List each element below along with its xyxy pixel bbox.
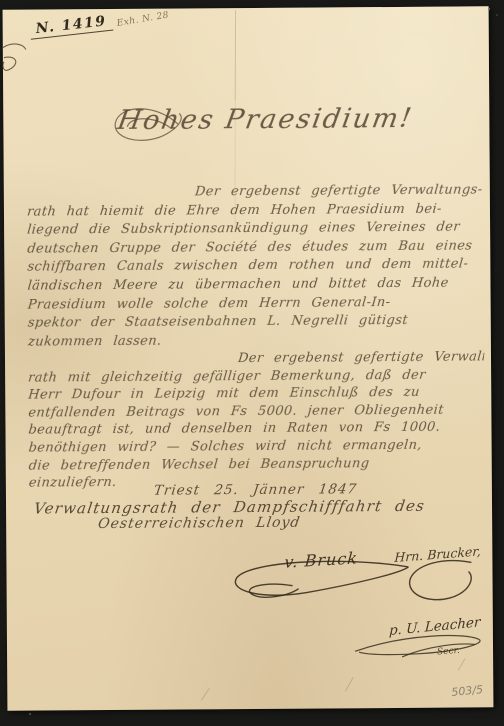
archival-number-pencil: 503/5 bbox=[451, 683, 484, 699]
body-paragraph-2: Der ergebenst gefertigte Verwaltungs-rat… bbox=[27, 348, 484, 492]
handwritten-line: Der ergebenst gefertigte Verwaltungs- bbox=[194, 181, 484, 202]
margin-flourish bbox=[3, 44, 26, 71]
signature-3-title: Secr. bbox=[437, 646, 460, 658]
signature-1: v. Bruck bbox=[284, 548, 359, 571]
sender-line-2: Oesterreichischen Lloyd bbox=[97, 515, 302, 532]
body-paragraph-1: Der ergebenst gefertigte Verwaltungs-rat… bbox=[26, 181, 483, 352]
dateline: Triest 25. Jänner 1847 bbox=[153, 481, 358, 498]
registry-number: N. 1419 bbox=[29, 13, 114, 40]
salutation: Hohes Praesidium! bbox=[113, 103, 418, 136]
photo-frame: N. 1419 Exh. N. 28 Hohes Praesidium! Der… bbox=[0, 0, 504, 726]
handwritten-line: Der ergebenst gefertigte Verwaltungs- bbox=[237, 348, 485, 367]
signature-flourish-3 bbox=[355, 635, 480, 657]
signature-2: Hrn. Brucker, bbox=[394, 543, 481, 565]
registry-annotation: Exh. N. 28 bbox=[116, 10, 170, 28]
signature-flourish-2 bbox=[409, 560, 471, 599]
signature-3: p. U. Leacher bbox=[389, 614, 481, 639]
letter-paper: N. 1419 Exh. N. 28 Hohes Praesidium! Der… bbox=[3, 6, 494, 710]
